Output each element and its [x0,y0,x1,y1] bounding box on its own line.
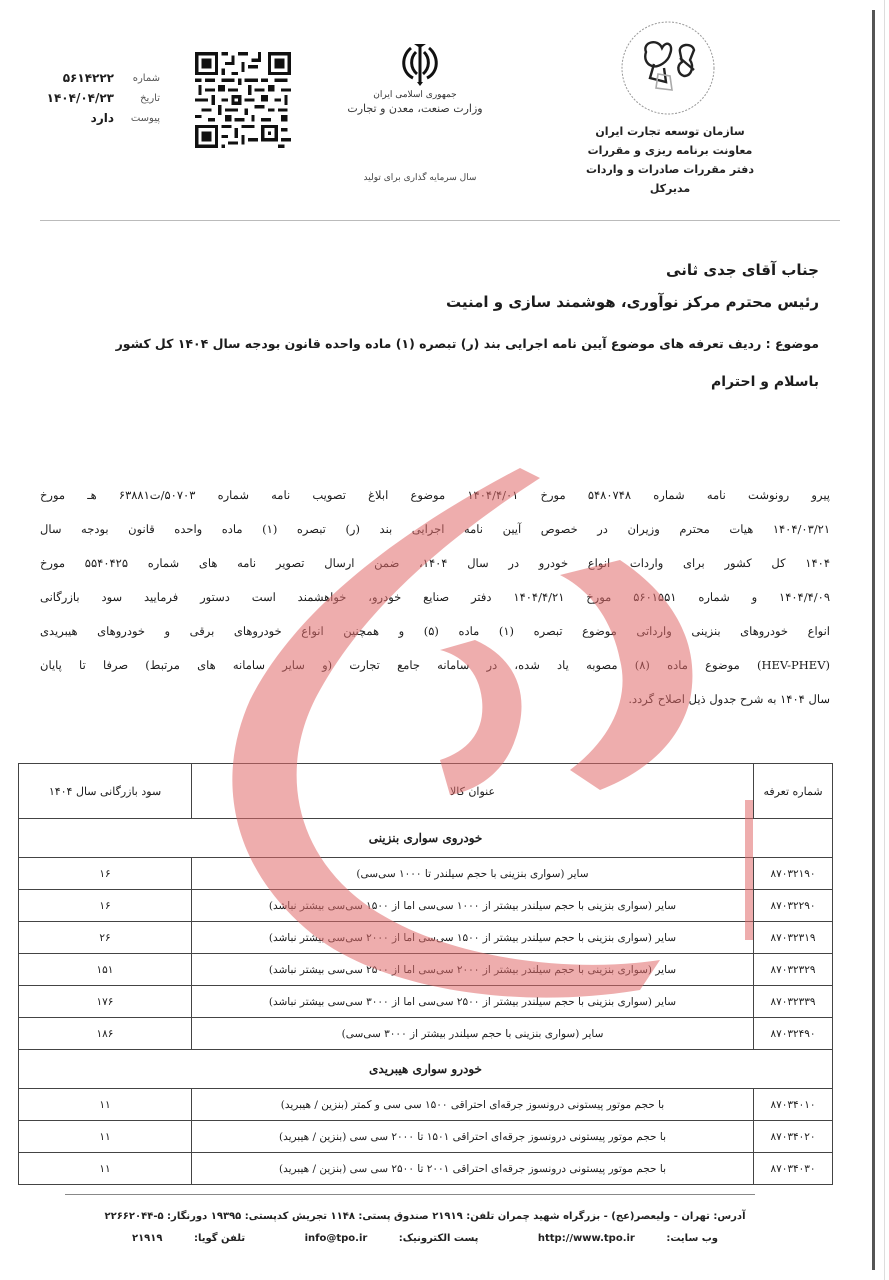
email-link[interactable]: info@tpo.ir [305,1233,368,1244]
goods-title: سایر (سواری بنزینی با حجم سیلندر تا ۱۰۰۰… [192,858,754,890]
profit-value: ۱۸۶ [19,1018,192,1050]
table-row: ۸۷۰۳۴۰۳۰ با حجم موتور پیستونی درونسوز جر… [19,1153,833,1185]
footer-contacts: وب سایت: http://www.tpo.ir پست الکترونیک… [30,1228,820,1250]
profit-value: ۱۷۶ [19,986,192,1018]
letter-subject: موضوع : ردیف تعرفه های موضوع آیین نامه ا… [39,336,819,351]
qr-code-icon [195,52,291,148]
goods-title: سایر (سواری بنزینی با حجم سیلندر بیشتر ا… [192,1018,754,1050]
footer-address: آدرس: تهران - ولیعصر(عج) - بزرگراه شهید … [30,1206,820,1228]
category-label: خودروی سواری بنزینی [19,819,833,858]
reference-number: شماره ۵۶۱۴۲۲۲ [40,68,160,88]
tariff-code: ۸۷۰۳۲۳۳۹ [754,986,833,1018]
addressee-block: جناب آقای جدی ثانی رئیس محترم مرکز نوآور… [59,254,819,318]
footer-email: پست الکترونیک: info@tpo.ir [291,1233,493,1244]
table-row: ۸۷۰۳۲۴۹۰ سایر (سواری بنزینی با حجم سیلند… [19,1018,833,1050]
tariff-code: ۸۷۰۳۲۱۹۰ [754,858,833,890]
body-line: ۱۴۰۴ کل کشور برای واردات انواع خودرو در … [40,546,830,580]
table-row: ۸۷۰۳۲۳۱۹ سایر (سواری بنزینی با حجم سیلند… [19,922,833,954]
profit-value: ۱۱ [19,1089,192,1121]
footer-website: وب سایت: http://www.tpo.ir [524,1233,732,1244]
goods-title: سایر (سواری بنزینی با حجم سیلندر بیشتر ا… [192,922,754,954]
addressee-name: جناب آقای جدی ثانی [59,254,819,286]
table-row: ۸۷۰۳۴۰۲۰ با حجم موتور پیستونی درونسوز جر… [19,1121,833,1153]
goods-title: با حجم موتور پیستونی درونسوز جرقه‌ای احت… [192,1089,754,1121]
tariff-code: ۸۷۰۳۴۰۱۰ [754,1089,833,1121]
profit-value: ۱۶ [19,858,192,890]
reference-date: تاریخ ۱۴۰۴/۰۴/۲۳ [40,88,160,108]
body-line: ۱۴۰۴/۴/۰۹ و شماره ۵۶۰۱۵۵۱ مورخ ۱۴۰۴/۴/۲۱… [40,580,830,614]
table-row: ۸۷۰۳۴۰۱۰ با حجم موتور پیستونی درونسوز جر… [19,1089,833,1121]
footer: آدرس: تهران - ولیعصر(عج) - بزرگراه شهید … [30,1206,820,1250]
org-office: دفتر مقررات صادرات و واردات [570,160,770,179]
page-edge [884,0,885,1280]
body-line: سال ۱۴۰۴ به شرح جدول ذیل اصلاح گردد. [40,682,830,716]
body-line: انواع خودروهای بنزینی وارداتی موضوع تبصر… [40,614,830,648]
header-commercial-profit: سود بازرگانی سال ۱۴۰۴ [19,764,192,819]
body-line: ۱۴۰۴/۰۳/۲۱ هیات محترم وزیران در خصوص آیی… [40,512,830,546]
tariff-code: ۸۷۰۳۲۲۹۰ [754,890,833,922]
category-row: خودرو سواری هیبریدی [19,1050,833,1089]
tariff-code: ۸۷۰۳۲۴۹۰ [754,1018,833,1050]
goods-title: با حجم موتور پیستونی درونسوز جرقه‌ای احت… [192,1121,754,1153]
goods-title: با حجم موتور پیستونی درونسوز جرقه‌ای احت… [192,1153,754,1185]
tariff-code: ۸۷۰۳۴۰۳۰ [754,1153,833,1185]
website-link[interactable]: http://www.tpo.ir [538,1233,635,1244]
footer-phone: تلفن گویا: ۲۱۹۱۹ [118,1233,259,1244]
profit-value: ۱۵۱ [19,954,192,986]
organization-block: سازمان توسعه تجارت ایران معاونت برنامه ر… [570,122,770,198]
tariff-code: ۸۷۰۳۲۳۱۹ [754,922,833,954]
profit-value: ۱۱ [19,1121,192,1153]
category-label: خودرو سواری هیبریدی [19,1050,833,1089]
table-row: ۸۷۰۳۲۱۹۰ سایر (سواری بنزینی با حجم سیلند… [19,858,833,890]
table-row: ۸۷۰۳۲۳۲۹ سایر (سواری بنزینی با حجم سیلند… [19,954,833,986]
margin-rule [872,10,875,1270]
goods-title: سایر (سواری بنزینی با حجم سیلندر بیشتر ا… [192,890,754,922]
org-name: سازمان توسعه تجارت ایران [570,122,770,141]
reference-block: شماره ۵۶۱۴۲۲۲ تاریخ ۱۴۰۴/۰۴/۲۳ پیوست دار… [40,68,160,128]
profit-value: ۱۱ [19,1153,192,1185]
year-slogan: سال سرمایه گذاری برای تولید [320,173,520,183]
table-row: ۸۷۰۳۲۳۳۹ سایر (سواری بنزینی با حجم سیلند… [19,986,833,1018]
official-letter: شماره ۵۶۱۴۲۲۲ تاریخ ۱۴۰۴/۰۴/۲۳ پیوست دار… [0,0,889,1280]
profit-value: ۲۶ [19,922,192,954]
letter-body: پیرو رونوشت نامه شماره ۵۴۸۰۷۴۸ مورخ ۱۴۰۴… [40,478,830,716]
goods-title: سایر (سواری بنزینی با حجم سیلندر بیشتر ا… [192,986,754,1018]
category-row: خودروی سواری بنزینی [19,819,833,858]
profit-value: ۱۶ [19,890,192,922]
body-line: پیرو رونوشت نامه شماره ۵۴۸۰۷۴۸ مورخ ۱۴۰۴… [40,478,830,512]
table-row: ۸۷۰۳۲۲۹۰ سایر (سواری بنزینی با حجم سیلند… [19,890,833,922]
reference-attachment: پیوست دارد [40,108,160,128]
table-header-row: شماره تعرفه عنوان کالا سود بازرگانی سال … [19,764,833,819]
greeting: باسلام و احترام [711,374,819,390]
header-tariff-code: شماره تعرفه [754,764,833,819]
footer-divider [65,1194,755,1195]
tariff-table: شماره تعرفه عنوان کالا سود بازرگانی سال … [18,763,833,1185]
org-deputy: معاونت برنامه ریزی و مقررات [570,141,770,160]
org-role: مدیرکل [570,179,770,198]
goods-title: سایر (سواری بنزینی با حجم سیلندر بیشتر ا… [192,954,754,986]
addressee-title: رئیس محترم مرکز نوآوری، هوشمند سازی و ام… [59,286,819,318]
tariff-code: ۸۷۰۳۲۳۲۹ [754,954,833,986]
iran-emblem-icon [395,38,445,88]
header-goods-title: عنوان کالا [192,764,754,819]
tariff-code: ۸۷۰۳۴۰۲۰ [754,1121,833,1153]
body-line: (HEV-PHEV) موضوع ماده (۸) مصوبه یاد شده،… [40,648,830,682]
tpo-logo-icon [618,18,718,118]
header-divider [40,220,840,221]
ministry-name: جمهوری اسلامی ایران وزارت صنعت، معدن و ت… [340,88,490,116]
